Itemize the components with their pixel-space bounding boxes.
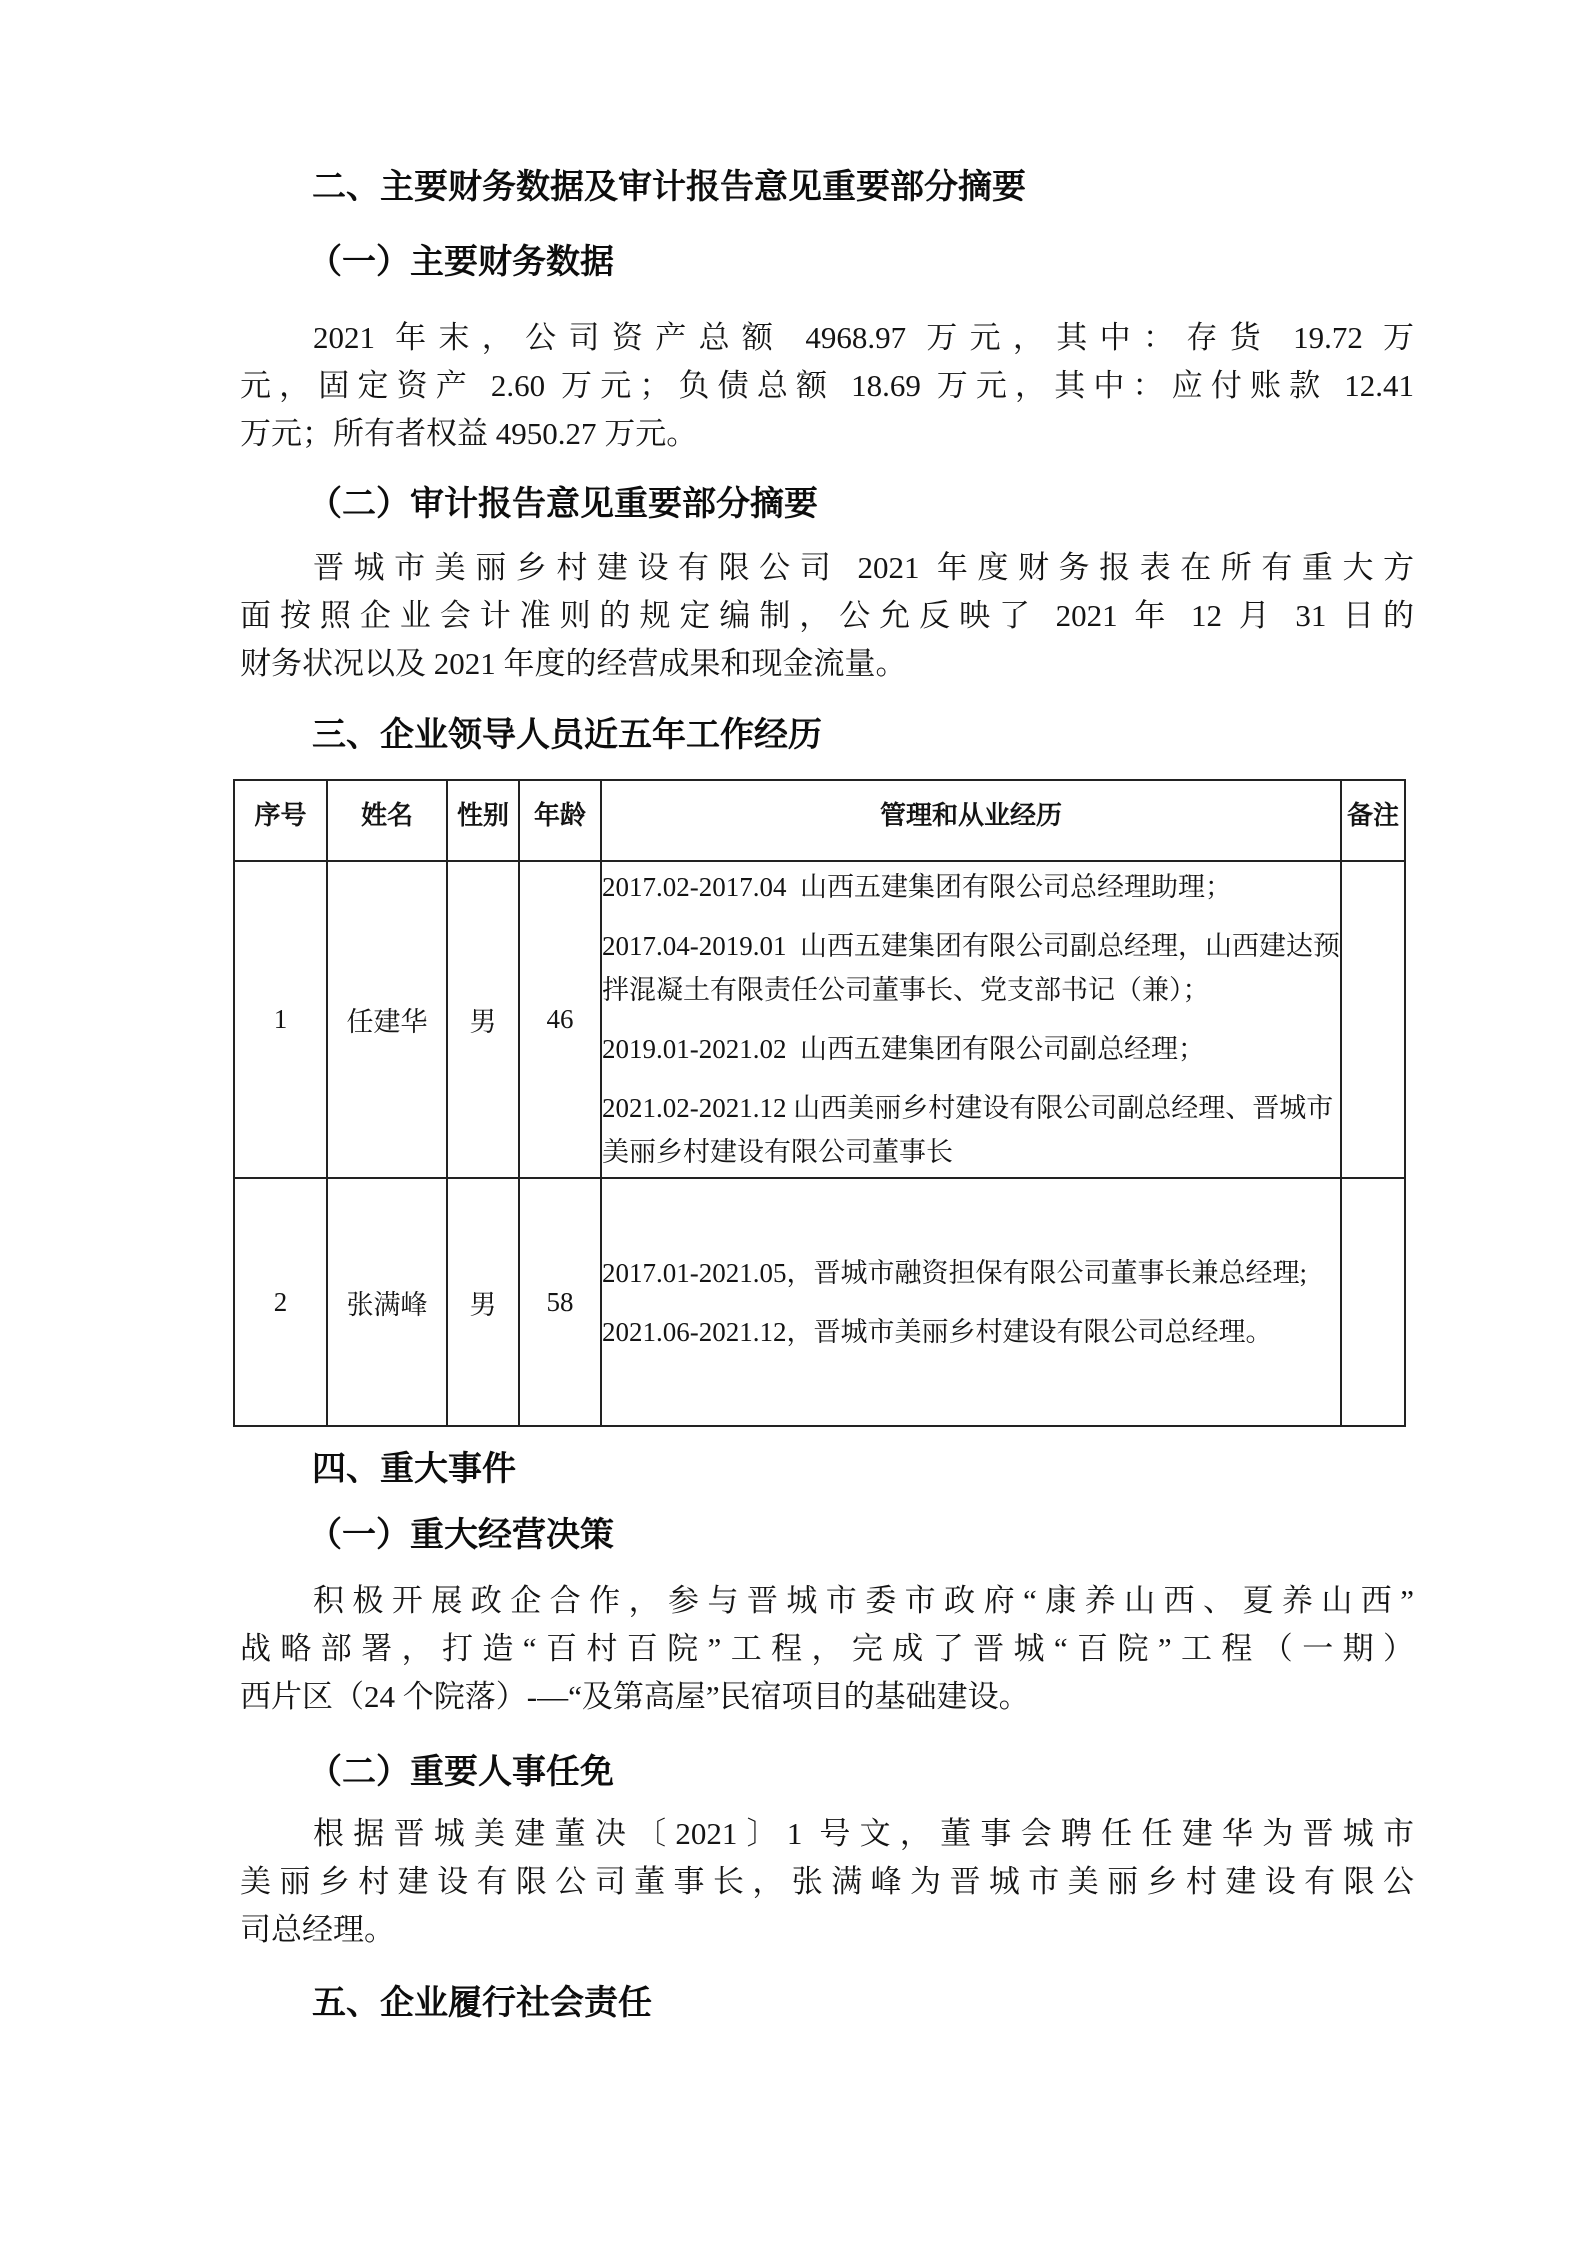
table-row: 1 任建华 男 46 2017.02-2017.04 山西五建集团有限公司总经理… [234,861,1405,1178]
col-header-age: 年龄 [519,780,601,861]
name-cell: 任建华 [327,861,447,1178]
paragraph-line: 西片区（24 个院落）-—“及第高屋”民宿项目的基础建设。 [240,1673,1414,1721]
experience-cell: 2017.02-2017.04 山西五建集团有限公司总经理助理； 2017.04… [601,861,1341,1178]
age-cell: 46 [519,861,601,1178]
col-header-note: 备注 [1341,780,1405,861]
gender-cell: 男 [447,1178,519,1426]
paragraph-line: 财务状况以及 2021 年度的经营成果和现金流量。 [240,640,1414,688]
col-header-gender: 性别 [447,780,519,861]
paragraph-line: 万元；所有者权益 4950.27 万元。 [240,410,1414,458]
heading-social-responsibility: 五、企业履行社会责任 [312,1983,652,2023]
subheading-personnel-appointments: （二）重要人事任免 [308,1752,614,1792]
leaders-experience-table: 序号 姓名 性别 年龄 管理和从业经历 备注 1 任建华 男 46 2017.0… [233,779,1406,1427]
heading-leaders-experience: 三、企业领导人员近五年工作经历 [312,715,822,755]
paragraph-line: 积极开展政企合作，参与晋城市委市政府“康养山西、夏养山西” [240,1577,1414,1625]
paragraph-line: 2021 年末，公司资产总额 4968.97 万元，其中：存货 19.72 万 [240,314,1414,362]
paragraph-line: 面按照企业会计准则的规定编制，公允反映了 2021 年 12 月 31 日的 [240,592,1414,640]
index-cell: 2 [234,1178,327,1426]
paragraph-major-decisions: 积极开展政企合作，参与晋城市委市政府“康养山西、夏养山西” 战略部署，打造“百村… [240,1577,1414,1721]
experience-entry: 2017.01-2021.05，晋城市融资担保有限公司董事长兼总经理; [602,1251,1340,1295]
experience-entry: 2019.01-2021.02 山西五建集团有限公司副总经理； [602,1027,1340,1071]
experience-entry: 2017.02-2017.04 山西五建集团有限公司总经理助理； [602,865,1340,909]
col-header-index: 序号 [234,780,327,861]
paragraph-line: 根据晋城美建董决〔2021〕1 号文，董事会聘任任建华为晋城市 [240,1810,1414,1858]
paragraph-line: 司总经理。 [240,1906,1414,1954]
experience-entry: 2021.06-2021.12，晋城市美丽乡村建设有限公司总经理。 [602,1310,1340,1354]
age-cell: 58 [519,1178,601,1426]
table-header-row: 序号 姓名 性别 年龄 管理和从业经历 备注 [234,780,1405,861]
col-header-name: 姓名 [327,780,447,861]
heading-major-events: 四、重大事件 [312,1449,516,1489]
paragraph-line: 美丽乡村建设有限公司董事长，张满峰为晋城市美丽乡村建设有限公 [240,1858,1414,1906]
paragraph-main-financial-data: 2021 年末，公司资产总额 4968.97 万元，其中：存货 19.72 万 … [240,314,1414,458]
experience-entry: 2021.02-2021.12 山西美丽乡村建设有限公司副总经理、晋城市美丽乡村… [602,1086,1340,1174]
paragraph-line: 战略部署，打造“百村百院”工程，完成了晋城“百院”工程（一期） [240,1625,1414,1673]
subheading-main-financial-data: （一）主要财务数据 [308,242,614,282]
name-cell: 张满峰 [327,1178,447,1426]
experience-cell: 2017.01-2021.05，晋城市融资担保有限公司董事长兼总经理; 2021… [601,1178,1341,1426]
col-header-experience: 管理和从业经历 [601,780,1341,861]
document-page: 二、主要财务数据及审计报告意见重要部分摘要 （一）主要财务数据 2021 年末，… [0,0,1587,2245]
paragraph-personnel-appointments: 根据晋城美建董决〔2021〕1 号文，董事会聘任任建华为晋城市 美丽乡村建设有限… [240,1810,1414,1954]
paragraph-line: 元，固定资产 2.60 万元；负债总额 18.69 万元，其中：应付账款 12.… [240,362,1414,410]
heading-finance-summary: 二、主要财务数据及审计报告意见重要部分摘要 [312,167,1026,207]
subheading-audit-opinion: （二）审计报告意见重要部分摘要 [308,484,818,524]
note-cell [1341,1178,1405,1426]
table-row: 2 张满峰 男 58 2017.01-2021.05，晋城市融资担保有限公司董事… [234,1178,1405,1426]
note-cell [1341,861,1405,1178]
experience-entry: 2017.04-2019.01 山西五建集团有限公司副总经理，山西建达预拌混凝土… [602,924,1340,1012]
paragraph-line: 晋城市美丽乡村建设有限公司 2021 年度财务报表在所有重大方 [240,544,1414,592]
paragraph-audit-opinion: 晋城市美丽乡村建设有限公司 2021 年度财务报表在所有重大方 面按照企业会计准… [240,544,1414,688]
index-cell: 1 [234,861,327,1178]
subheading-major-decisions: （一）重大经营决策 [308,1515,614,1555]
gender-cell: 男 [447,861,519,1178]
